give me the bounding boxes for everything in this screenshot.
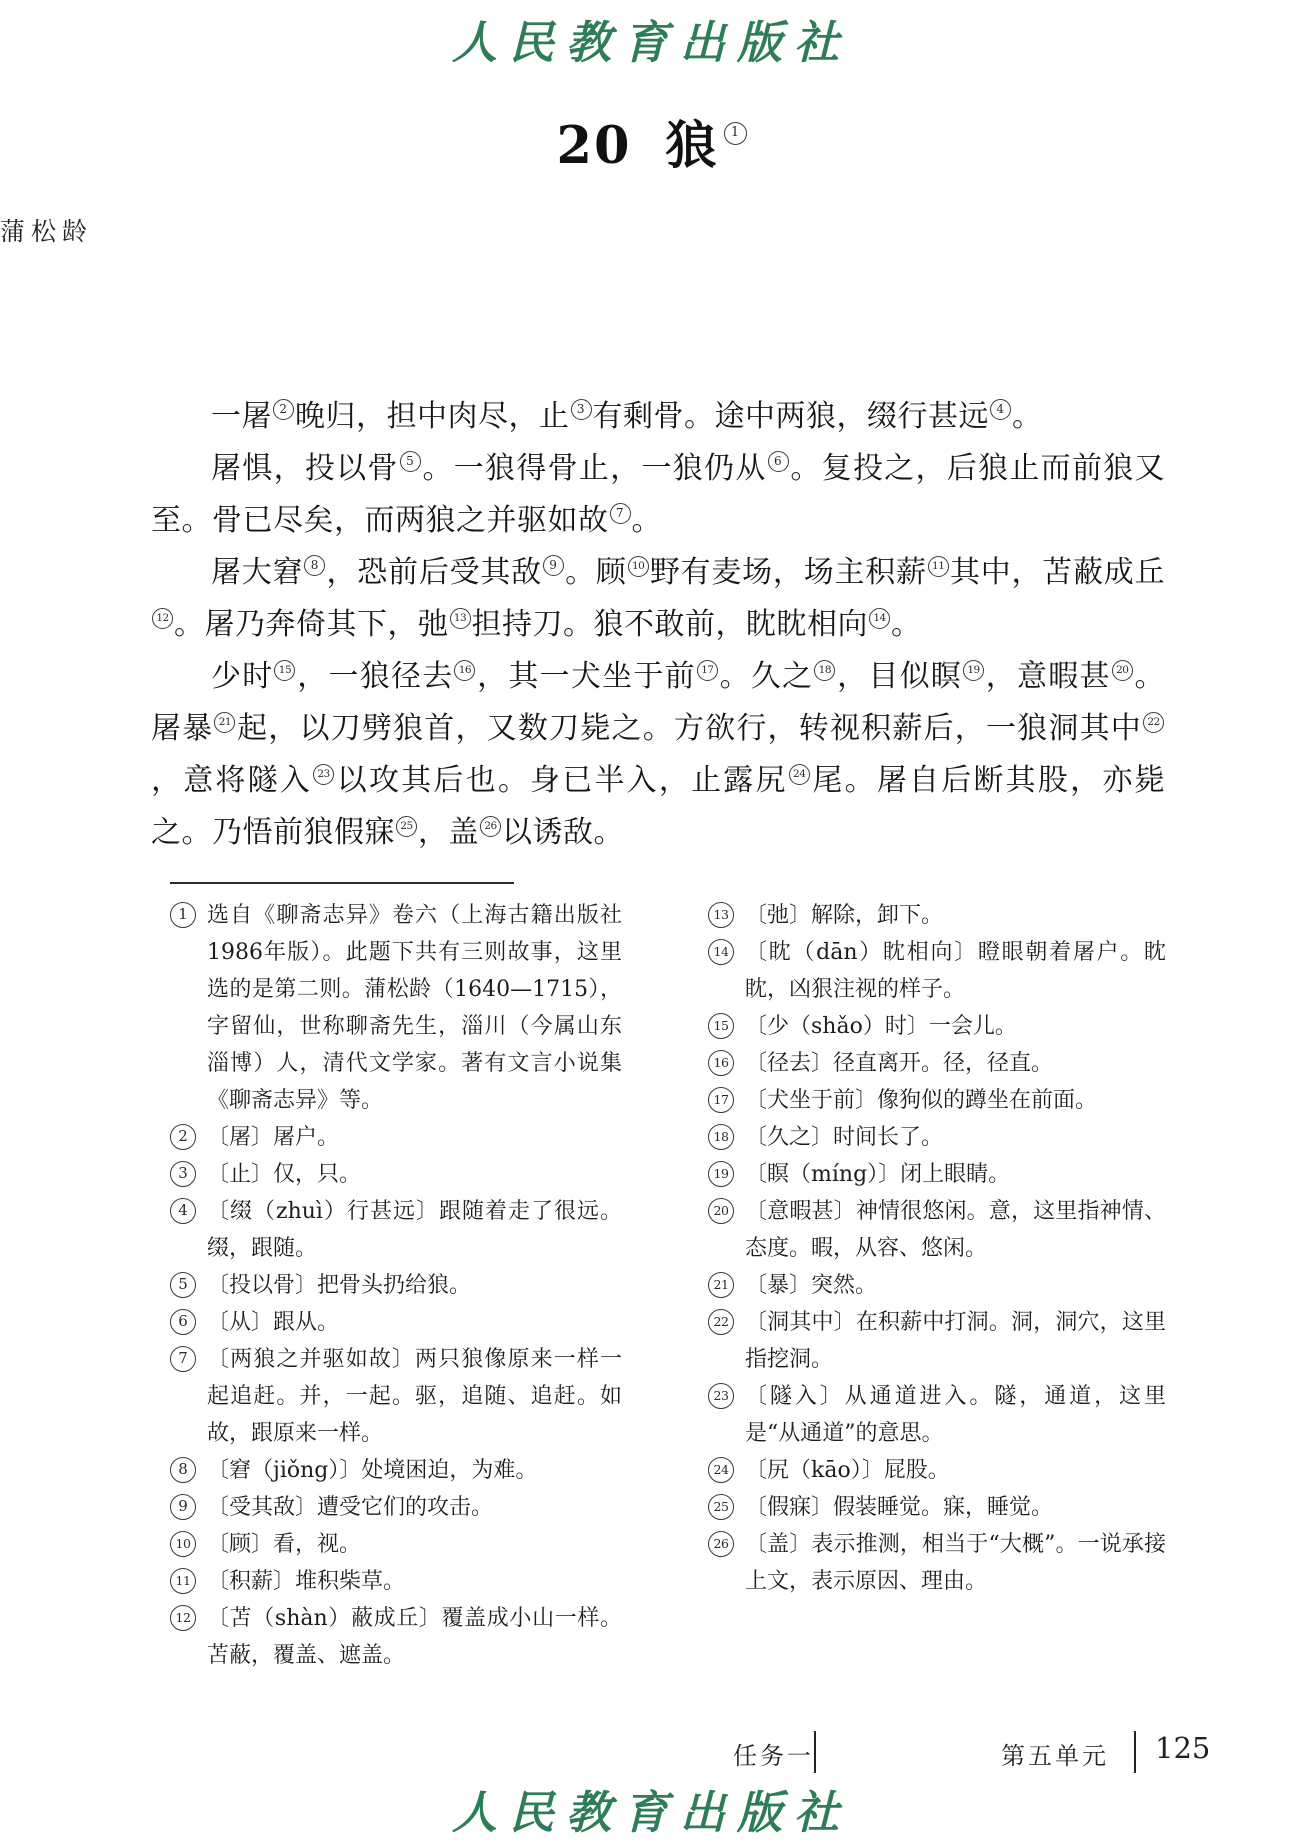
- footnote-number-marker: 21: [708, 1272, 734, 1298]
- footnote-text: 〔顾〕看，视。: [207, 1532, 361, 1557]
- footnote-number-marker: 15: [708, 1013, 734, 1039]
- note-ref-marker: 26: [480, 816, 501, 837]
- footnote-number-marker: 13: [708, 902, 734, 928]
- footnote-text: 〔暴〕突然。: [745, 1273, 877, 1298]
- footer-unit-label: 第五单元: [1001, 1736, 1109, 1771]
- footnote-item: 6〔从〕跟从。: [170, 1304, 622, 1341]
- footnote-text: 〔隧入〕从通道进入。隧，通道，这里是“从通道”的意思。: [745, 1384, 1166, 1446]
- footnote-item: 12〔苫（shàn）蔽成丘〕覆盖成小山一样。苫蔽，覆盖、遮盖。: [170, 1600, 622, 1674]
- footnote-item: 10〔顾〕看，视。: [170, 1526, 622, 1563]
- note-ref-marker: 6: [768, 451, 789, 472]
- footnote-item: 19〔瞑（míng）〕闭上眼睛。: [708, 1156, 1166, 1193]
- footnote-number-marker: 16: [708, 1050, 734, 1076]
- footnote-item: 13〔弛〕解除，卸下。: [708, 897, 1166, 934]
- footnote-item: 21〔暴〕突然。: [708, 1267, 1166, 1304]
- footnote-text: 〔从〕跟从。: [207, 1310, 339, 1335]
- footnote-number-marker: 7: [170, 1346, 196, 1372]
- footnote-text: 选自《聊斋志异》卷六（上海古籍出版社1986年版）。此题下共有三则故事，这里选的…: [207, 903, 622, 1113]
- note-ref-marker: 7: [610, 503, 631, 524]
- footnote-text: 〔投以骨〕把骨头扔给狼。: [207, 1273, 471, 1298]
- lesson-title-text: 狼: [665, 116, 718, 176]
- footnote-text: 〔意暇甚〕神情很悠闲。意，这里指神情、态度。暇，从容、悠闲。: [745, 1199, 1166, 1261]
- footnote-text: 〔眈（dān）眈相向〕瞪眼朝着屠户。眈眈，凶狠注视的样子。: [745, 940, 1166, 1002]
- author-name: 蒲松龄: [0, 212, 93, 248]
- footnote-number-marker: 3: [170, 1161, 196, 1187]
- note-ref-marker: 22: [1143, 712, 1164, 733]
- footnote-item: 16〔径去〕径直离开。径，径直。: [708, 1045, 1166, 1082]
- footnote-item: 17〔犬坐于前〕像狗似的蹲坐在前面。: [708, 1082, 1166, 1119]
- footnote-item: 22〔洞其中〕在积薪中打洞。洞，洞穴，这里指挖洞。: [708, 1304, 1166, 1378]
- footnote-text: 〔弛〕解除，卸下。: [745, 903, 943, 928]
- note-ref-marker: 19: [963, 660, 984, 681]
- note-ref-marker: 4: [990, 399, 1011, 420]
- footnote-number-marker: 20: [708, 1198, 734, 1224]
- note-ref-marker: 3: [571, 399, 592, 420]
- footnote-item: 24〔尻（kāo）〕屁股。: [708, 1452, 1166, 1489]
- footnote-item: 3〔止〕仅，只。: [170, 1156, 622, 1193]
- textbook-page: 人民教育出版社 20狼1 蒲松龄 一屠2晚归，担中肉尽，止3有剩骨。途中两狼，缀…: [0, 0, 1303, 1842]
- note-ref-marker: 9: [543, 555, 564, 576]
- footnote-item: 14〔眈（dān）眈相向〕瞪眼朝着屠户。眈眈，凶狠注视的样子。: [708, 934, 1166, 1008]
- publisher-watermark-bottom: 人民教育出版社: [0, 1776, 1303, 1841]
- footnote-text: 〔尻（kāo）〕屁股。: [745, 1458, 950, 1483]
- footnote-number-marker: 19: [708, 1161, 734, 1187]
- note-ref-marker: 10: [628, 556, 649, 577]
- note-ref-marker: 23: [313, 764, 334, 785]
- note-ref-marker: 25: [396, 816, 417, 837]
- footnote-item: 7〔两狼之并驱如故〕两只狼像原来一样一起追赶。并，一起。驱，追随、追赶。如故，跟…: [170, 1341, 622, 1452]
- footnote-item: 8〔窘（jiǒng）〕处境困迫，为难。: [170, 1452, 622, 1489]
- footnote-text: 〔两狼之并驱如故〕两只狼像原来一样一起追赶。并，一起。驱，追随、追赶。如故，跟原…: [207, 1347, 622, 1446]
- footnote-number-marker: 5: [170, 1272, 196, 1298]
- note-ref-marker: 15: [274, 660, 295, 681]
- note-ref-marker: 21: [214, 712, 235, 733]
- note-ref-marker: 13: [450, 608, 471, 629]
- footnote-number-marker: 2: [170, 1124, 196, 1150]
- note-ref-marker: 11: [928, 556, 949, 577]
- footnote-number-marker: 9: [170, 1494, 196, 1520]
- footnote-item: 23〔隧入〕从通道进入。隧，通道，这里是“从通道”的意思。: [708, 1378, 1166, 1452]
- footnote-number-marker: 8: [170, 1457, 196, 1483]
- footnote-text: 〔径去〕径直离开。径，径直。: [745, 1051, 1053, 1076]
- footnote-item: 26〔盖〕表示推测，相当于“大概”。一说承接上文，表示原因、理由。: [708, 1526, 1166, 1600]
- footnote-item: 15〔少（shǎo）时〕一会儿。: [708, 1008, 1166, 1045]
- footnote-item: 20〔意暇甚〕神情很悠闲。意，这里指神情、态度。暇，从容、悠闲。: [708, 1193, 1166, 1267]
- footer-page-number: 125: [1155, 1731, 1210, 1765]
- footnote-text: 〔盖〕表示推测，相当于“大概”。一说承接上文，表示原因、理由。: [745, 1532, 1166, 1594]
- footnote-number-marker: 12: [170, 1605, 196, 1631]
- footnote-number-marker: 22: [708, 1309, 734, 1335]
- footnote-item: 9〔受其敌〕遭受它们的攻击。: [170, 1489, 622, 1526]
- note-ref-marker: 2: [273, 399, 294, 420]
- footnote-number-marker: 10: [170, 1531, 196, 1557]
- footnote-number-marker: 23: [708, 1383, 734, 1409]
- footer-divider: [814, 1731, 816, 1773]
- footnote-text: 〔苫（shàn）蔽成丘〕覆盖成小山一样。苫蔽，覆盖、遮盖。: [207, 1606, 622, 1668]
- footnote-text: 〔少（shǎo）时〕一会儿。: [745, 1014, 1017, 1039]
- footnote-text: 〔洞其中〕在积薪中打洞。洞，洞穴，这里指挖洞。: [745, 1310, 1166, 1372]
- footnote-item: 4〔缀（zhuì）行甚远〕跟随着走了很远。缀，跟随。: [170, 1193, 622, 1267]
- footnote-number-marker: 18: [708, 1124, 734, 1150]
- note-ref-marker: 20: [1112, 660, 1133, 681]
- footnote-number-marker: 6: [170, 1309, 196, 1335]
- footnote-number-marker: 24: [708, 1457, 734, 1483]
- note-ref-marker: 24: [789, 764, 810, 785]
- note-ref-marker: 17: [697, 660, 718, 681]
- note-ref-marker: 12: [152, 608, 173, 629]
- footnote-text: 〔止〕仅，只。: [207, 1162, 361, 1187]
- footnote-item: 18〔久之〕时间长了。: [708, 1119, 1166, 1156]
- footnote-text: 〔积薪〕堆积柴草。: [207, 1569, 405, 1594]
- note-ref-marker: 14: [869, 608, 890, 629]
- footnote-separator: [170, 882, 514, 884]
- footnote-item: 2〔屠〕屠户。: [170, 1119, 622, 1156]
- footnote-text: 〔受其敌〕遭受它们的攻击。: [207, 1495, 493, 1520]
- footnote-text: 〔瞑（míng）〕闭上眼睛。: [745, 1162, 1010, 1187]
- footnote-number-marker: 1: [170, 902, 196, 928]
- lesson-body: 一屠2晚归，担中肉尽，止3有剩骨。途中两狼，缀行甚远4。屠惧，投以骨5。一狼得骨…: [151, 391, 1165, 859]
- publisher-watermark-top: 人民教育出版社: [0, 6, 1303, 71]
- note-ref-marker: 8: [304, 555, 325, 576]
- footnotes-right-column: 13〔弛〕解除，卸下。14〔眈（dān）眈相向〕瞪眼朝着屠户。眈眈，凶狠注视的样…: [708, 897, 1166, 1600]
- footnote-number-marker: 17: [708, 1087, 734, 1113]
- body-paragraph: 少时15，一狼径去16，其一犬坐于前17。久之18，目似瞑19，意暇甚20。屠暴…: [151, 651, 1165, 859]
- lesson-number: 20: [557, 116, 632, 176]
- title-note-marker: 1: [724, 122, 747, 145]
- footnote-item: 5〔投以骨〕把骨头扔给狼。: [170, 1267, 622, 1304]
- note-ref-marker: 16: [454, 660, 475, 681]
- footnote-item: 1选自《聊斋志异》卷六（上海古籍出版社1986年版）。此题下共有三则故事，这里选…: [170, 897, 622, 1119]
- footnote-number-marker: 26: [708, 1531, 734, 1557]
- footnote-number-marker: 4: [170, 1198, 196, 1224]
- footnote-number-marker: 25: [708, 1494, 734, 1520]
- lesson-title: 20狼1: [0, 104, 1303, 178]
- body-paragraph: 一屠2晚归，担中肉尽，止3有剩骨。途中两狼，缀行甚远4。: [151, 391, 1165, 443]
- body-paragraph: 屠大窘8，恐前后受其敌9。顾10野有麦场，场主积薪11其中，苫蔽成丘12。屠乃奔…: [151, 547, 1165, 651]
- note-ref-marker: 18: [814, 660, 835, 681]
- footnote-item: 11〔积薪〕堆积柴草。: [170, 1563, 622, 1600]
- footnote-number-marker: 11: [170, 1568, 196, 1594]
- footer-divider: [1134, 1731, 1136, 1773]
- footnote-text: 〔久之〕时间长了。: [745, 1125, 943, 1150]
- footnote-text: 〔假寐〕假装睡觉。寐，睡觉。: [745, 1495, 1053, 1520]
- footnote-number-marker: 14: [708, 939, 734, 965]
- footnote-text: 〔缀（zhuì）行甚远〕跟随着走了很远。缀，跟随。: [207, 1199, 622, 1261]
- footnote-text: 〔窘（jiǒng）〕处境困迫，为难。: [207, 1458, 537, 1483]
- footnote-text: 〔犬坐于前〕像狗似的蹲坐在前面。: [745, 1088, 1097, 1113]
- footnotes-left-column: 1选自《聊斋志异》卷六（上海古籍出版社1986年版）。此题下共有三则故事，这里选…: [170, 897, 622, 1674]
- footer-task-label: 任务一: [733, 1736, 814, 1771]
- footnote-text: 〔屠〕屠户。: [207, 1125, 339, 1150]
- body-paragraph: 屠惧，投以骨5。一狼得骨止，一狼仍从6。复投之，后狼止而前狼又至。骨已尽矣，而两…: [151, 443, 1165, 547]
- footnote-item: 25〔假寐〕假装睡觉。寐，睡觉。: [708, 1489, 1166, 1526]
- note-ref-marker: 5: [400, 451, 421, 472]
